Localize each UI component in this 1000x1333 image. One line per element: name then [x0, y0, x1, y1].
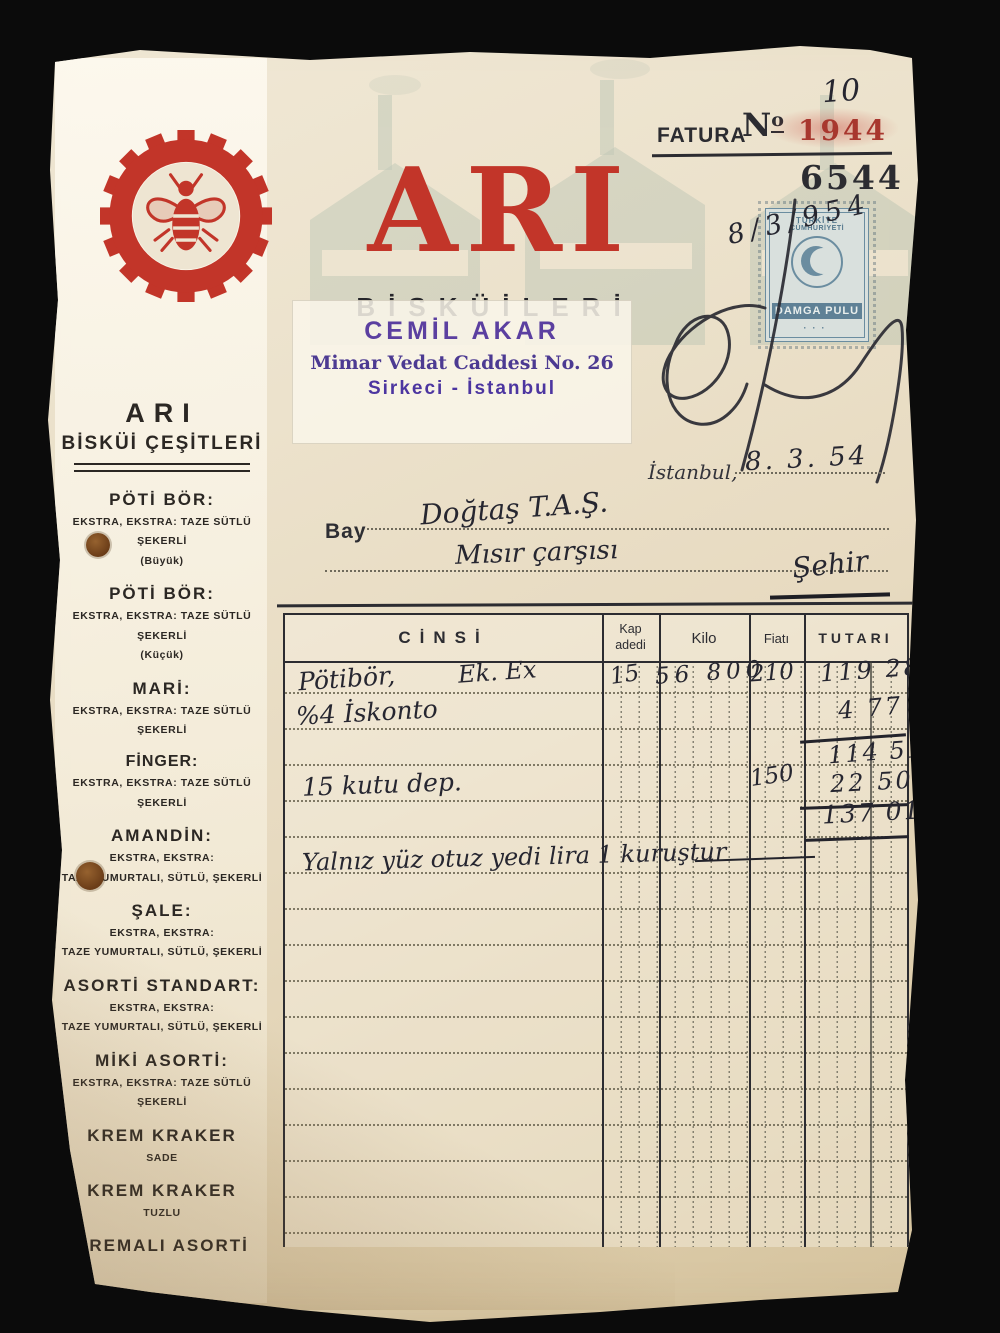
col-header-kilo: Kilo: [659, 615, 749, 661]
invoice-number-red: 1944: [798, 114, 888, 147]
product-item: MARİ:EKSTRA, EKSTRA: TAZE SÜTLÜŞEKERLİ: [57, 679, 267, 741]
col-separator: [749, 615, 751, 1247]
col-header-fiat: Fiatı: [749, 615, 804, 661]
col-header-kap: Kapadedi: [602, 615, 659, 661]
hw-row5-total: 137 01: [821, 795, 922, 829]
bee-gear-logo-icon: [100, 130, 272, 302]
dealer-district: Sirkeci - İstanbul: [293, 378, 631, 400]
dealer-stamp-label: CEMİL AKAR Mimar Vedat Caddesi No. 26 Si…: [292, 300, 632, 444]
handwritten-recipient-name: Doğtaş T.A.Ş.: [419, 485, 609, 531]
signature-mark: [615, 180, 925, 490]
handwritten-recipient-address: Mısır çarşısı: [455, 535, 619, 571]
hw-row1-fiat: 210: [749, 659, 795, 688]
product-item: PÖTİ BÖR:EKSTRA, EKSTRA: TAZE SÜTLÜŞEKER…: [57, 584, 267, 665]
handwritten-number: 10: [821, 73, 862, 111]
paper-shading: [55, 880, 675, 1310]
col-header-cinsi: CİNSİ: [285, 615, 602, 661]
hw-row2-tutar: 4 77: [837, 691, 905, 725]
hw-row4-cinsi: 15 kutu dep.: [302, 767, 463, 802]
product-item: FİNGER:EKSTRA, EKSTRA: TAZE SÜTLÜŞEKERLİ: [57, 753, 267, 813]
sidebar-double-rule: [74, 463, 250, 472]
table-header: CİNSİ Kapadedi Kilo Fiatı TUTARI: [285, 615, 907, 663]
punch-hole: [86, 533, 110, 557]
hw-row1-note: Ek. Ex: [457, 655, 537, 688]
handwritten-city: Şehir: [790, 544, 869, 585]
hw-row1-kap: 15: [608, 660, 641, 690]
fatura-label: FATURA: [657, 124, 747, 148]
sidebar-subtitle: BİSKÜİ ÇEŞİTLERİ: [57, 433, 267, 455]
recipient-label: Bay: [325, 520, 367, 544]
hw-row4-tutar: 22 50: [829, 766, 914, 798]
hw-row3-subtotal: 114 51: [827, 735, 925, 770]
handwritten-date: 8. 3. 54: [744, 441, 869, 477]
dealer-name: CEMİL AKAR: [293, 317, 631, 346]
sidebar-title: ARI: [57, 398, 267, 429]
table-top-rule: [277, 602, 913, 608]
city-underline: [770, 592, 890, 599]
product-item: PÖTİ BÖR:EKSTRA, EKSTRA: TAZE SÜTLÜŞEKER…: [57, 490, 267, 571]
city-label: İstanbul,: [648, 460, 737, 484]
col-separator: [804, 615, 806, 1247]
dealer-address: Mimar Vedat Caddesi No. 26: [293, 352, 631, 374]
invoice-paper: ARI BİSKÜİLERİ FATURA No 1944 10 6544 TÜ…: [0, 0, 1000, 1333]
